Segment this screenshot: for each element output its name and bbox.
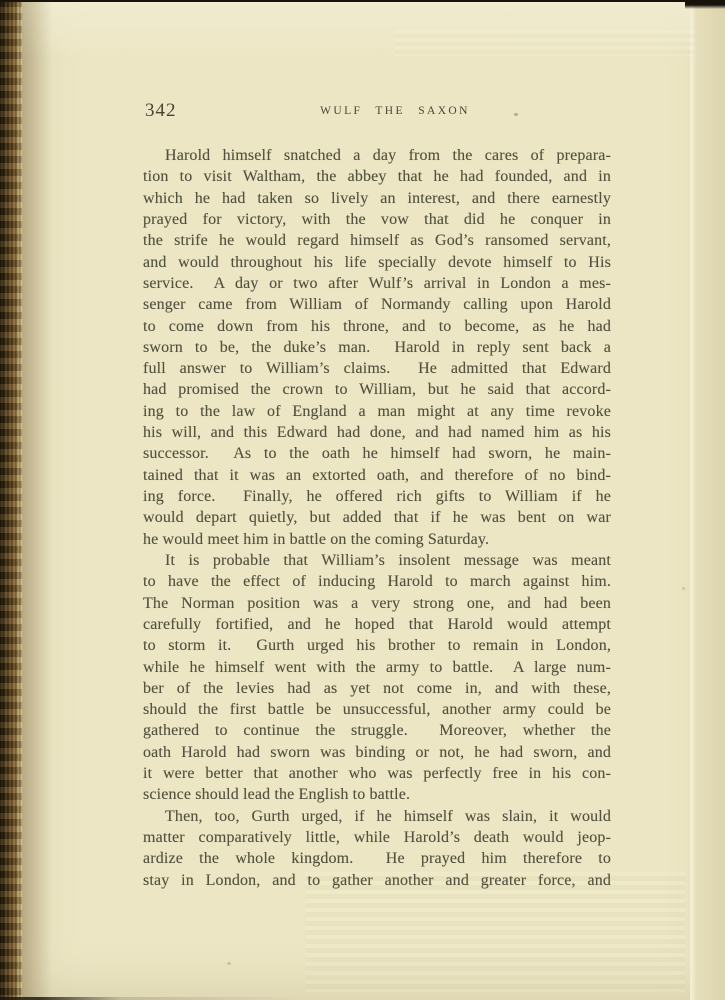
text-line: service. A day or two after Wulf’s arriv… — [143, 273, 611, 294]
text-line: to come down from his throne, and to bec… — [143, 316, 611, 337]
page-right-edge — [690, 2, 725, 1000]
text-line: sworn to be, the duke’s man. Harold in r… — [143, 337, 611, 358]
text-line: ing to the law of England a man might at… — [143, 401, 611, 422]
running-title: WULF THE SAXON — [143, 105, 629, 117]
text-line: carefully fortified, and he hoped that H… — [143, 614, 611, 635]
body-text: Harold himself snatched a day from the c… — [143, 145, 611, 891]
text-line: would depart quietly, but added that if … — [143, 507, 611, 528]
text-line: oath Harold had sworn was binding or not… — [143, 742, 611, 763]
paragraph: Harold himself snatched a day from the c… — [143, 145, 611, 550]
text-line: The Norman position was a very strong on… — [143, 593, 611, 614]
text-line: should the first battle be unsuccessful,… — [143, 699, 611, 720]
text-line: science should lead the English to battl… — [143, 784, 611, 805]
gutter-shadow — [22, 2, 52, 1000]
text-line: his will, and this Edward had done, and … — [143, 422, 611, 443]
text-line: matter comparatively little, while Harol… — [143, 827, 611, 848]
text-line: while he himself went with the army to b… — [143, 657, 611, 678]
text-line: ber of the levies had as yet not come in… — [143, 678, 611, 699]
text-line: it were better that another who was perf… — [143, 763, 611, 784]
text-line: which he had taken so lively an interest… — [143, 188, 611, 209]
text-line: to storm it. Gurth urged his brother to … — [143, 635, 611, 656]
text-line: had promised the crown to William, but h… — [143, 379, 611, 400]
text-line: prayed for victory, with the vow that di… — [143, 209, 611, 230]
text-line: the strife he would regard himself as Go… — [143, 230, 611, 251]
page: 342 WULF THE SAXON Harold himself snatch… — [22, 2, 725, 1000]
text-line: ardize the whole kingdom. He prayed him … — [143, 848, 611, 869]
text-line: to have the effect of inducing Harold to… — [143, 571, 611, 592]
text-line: and would throughout his life specially … — [143, 252, 611, 273]
paragraph: It is probable that William’s insolent m… — [143, 550, 611, 806]
scan-sheen-top — [395, 30, 695, 56]
text-line: Then, too, Gurth urged, if he himself wa… — [143, 806, 611, 827]
text-line: tion to visit Waltham, the abbey that he… — [143, 166, 611, 187]
paragraph: Then, too, Gurth urged, if he himself wa… — [143, 806, 611, 891]
text-line: he would meet him in battle on the comin… — [143, 529, 611, 550]
text-line: stay in London, and to gather another an… — [143, 870, 611, 891]
text-line: ing force. Finally, he offered rich gift… — [143, 486, 611, 507]
book-binding-edge — [0, 0, 22, 1000]
text-line: full answer to William’s claims. He admi… — [143, 358, 611, 379]
text-line: senger came from William of Normandy cal… — [143, 294, 611, 315]
book-page-scan: 342 WULF THE SAXON Harold himself snatch… — [0, 0, 725, 1000]
text-line: gathered to continue the struggle. Moreo… — [143, 720, 611, 741]
scan-speck — [682, 587, 685, 590]
text-line: successor. As to the oath he himself had… — [143, 443, 611, 464]
text-line: It is probable that William’s insolent m… — [143, 550, 611, 571]
scan-speck — [227, 962, 231, 965]
page-header: 342 WULF THE SAXON — [143, 100, 611, 126]
text-line: Harold himself snatched a day from the c… — [143, 145, 611, 166]
text-line: tained that it was an extorted oath, and… — [143, 465, 611, 486]
